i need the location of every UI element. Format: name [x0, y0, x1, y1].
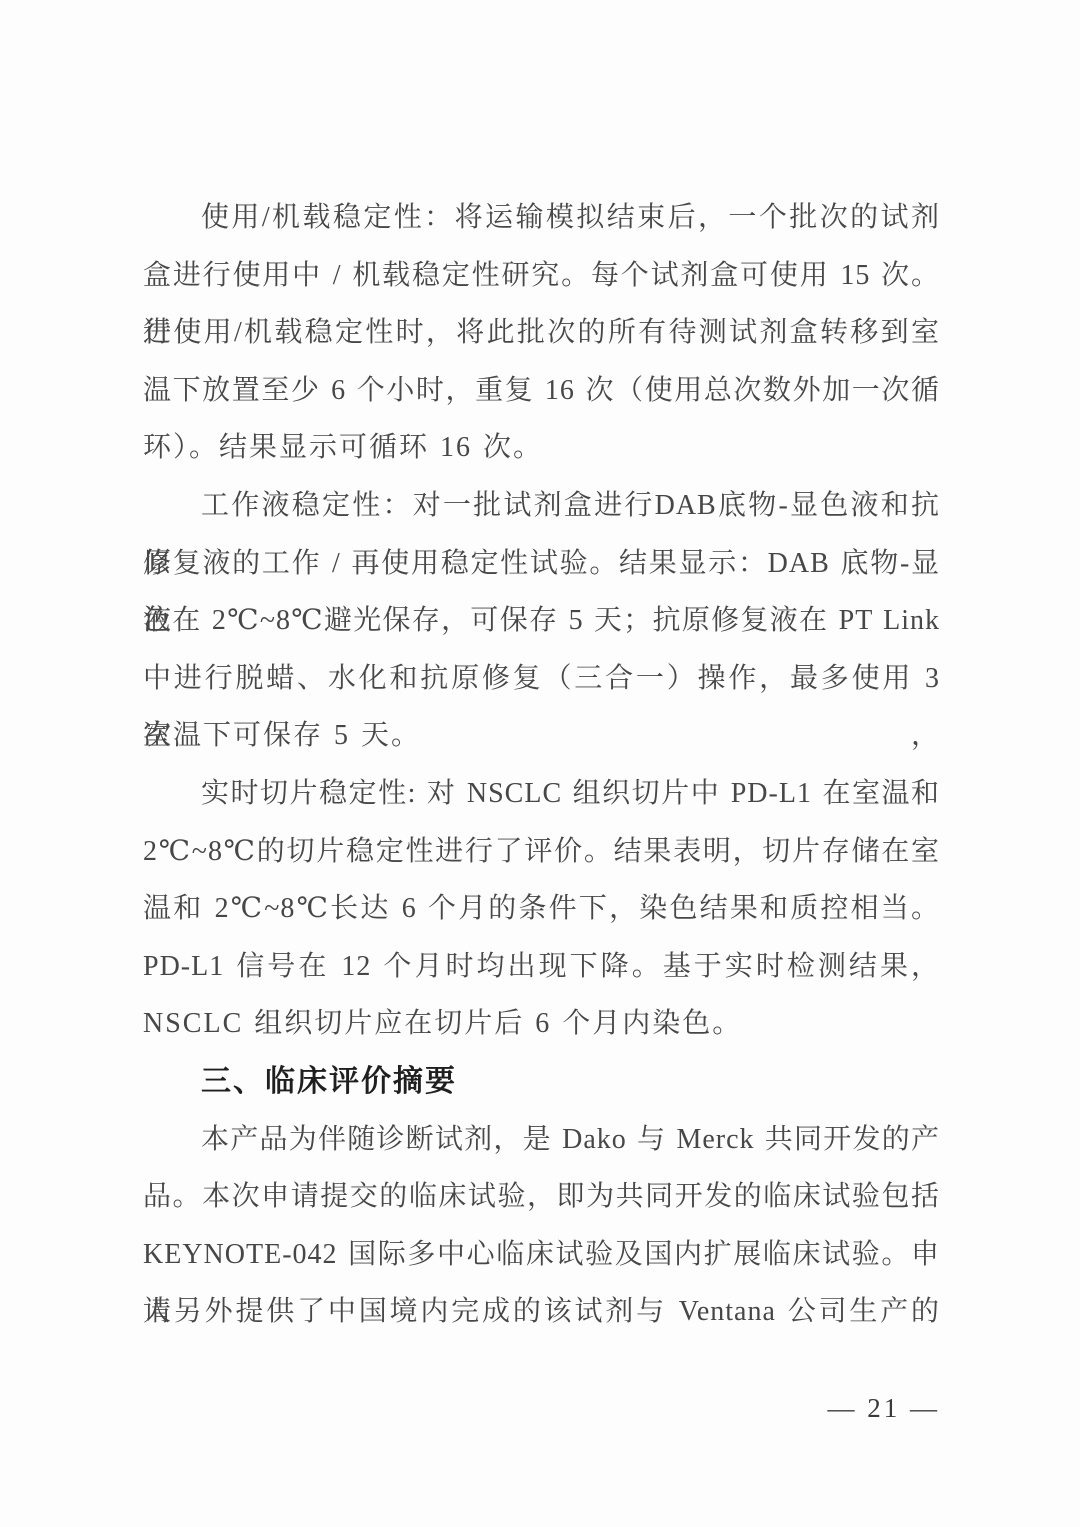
text-line: PD-L1 信号在 12 个月时均出现下降。基于实时检测结果， — [143, 938, 940, 996]
text-line: 盒进行使用中 / 机载稳定性研究。每个试剂盒可使用 15 次。进 — [143, 247, 940, 305]
document-page: 使用/机载稳定性：将运输模拟结束后，一个批次的试剂 盒进行使用中 / 机载稳定性… — [0, 0, 1080, 1527]
text-line: 本产品为伴随诊断试剂，是 Dako 与 Merck 共同开发的产 — [143, 1111, 940, 1169]
text-line: 中进行脱蜡、水化和抗原修复（三合一）操作，最多使用 3 次， — [143, 650, 940, 708]
text-line: 行使用/机载稳定性时，将此批次的所有待测试剂盒转移到室 — [143, 304, 940, 362]
text-line: 使用/机载稳定性：将运输模拟结束后，一个批次的试剂 — [143, 189, 940, 247]
document-body: 使用/机载稳定性：将运输模拟结束后，一个批次的试剂 盒进行使用中 / 机载稳定性… — [143, 189, 940, 1341]
text-line: NSCLC 组织切片应在切片后 6 个月内染色。 — [143, 995, 940, 1053]
text-line: 环）。结果显示可循环 16 次。 — [143, 419, 940, 477]
text-line: 温和 2℃~8℃长达 6 个月的条件下，染色结果和质控相当。 — [143, 880, 940, 938]
text-line: 修复液的工作 / 再使用稳定性试验。结果显示：DAB 底物-显色 — [143, 535, 940, 593]
page-number: — 21 — — [0, 1393, 940, 1424]
text-line: 温下放置至少 6 个小时，重复 16 次（使用总次数外加一次循 — [143, 362, 940, 420]
text-line: KEYNOTE-042 国际多中心临床试验及国内扩展临床试验。申请 — [143, 1226, 940, 1284]
text-line: 工作液稳定性：对一批试剂盒进行DAB底物-显色液和抗原 — [143, 477, 940, 535]
text-line: 2℃~8℃的切片稳定性进行了评价。结果表明，切片存储在室 — [143, 823, 940, 881]
text-line: 实时切片稳定性: 对 NSCLC 组织切片中 PD-L1 在室温和 — [143, 765, 940, 823]
text-line: 品。本次申请提交的临床试验，即为共同开发的临床试验包括 — [143, 1168, 940, 1226]
section-heading: 三、临床评价摘要 — [143, 1053, 940, 1111]
text-line: 人另外提供了中国境内完成的该试剂与 Ventana 公司生产的 — [143, 1283, 940, 1341]
text-line: 液在 2℃~8℃避光保存，可保存 5 天；抗原修复液在 PT Link — [143, 592, 940, 650]
